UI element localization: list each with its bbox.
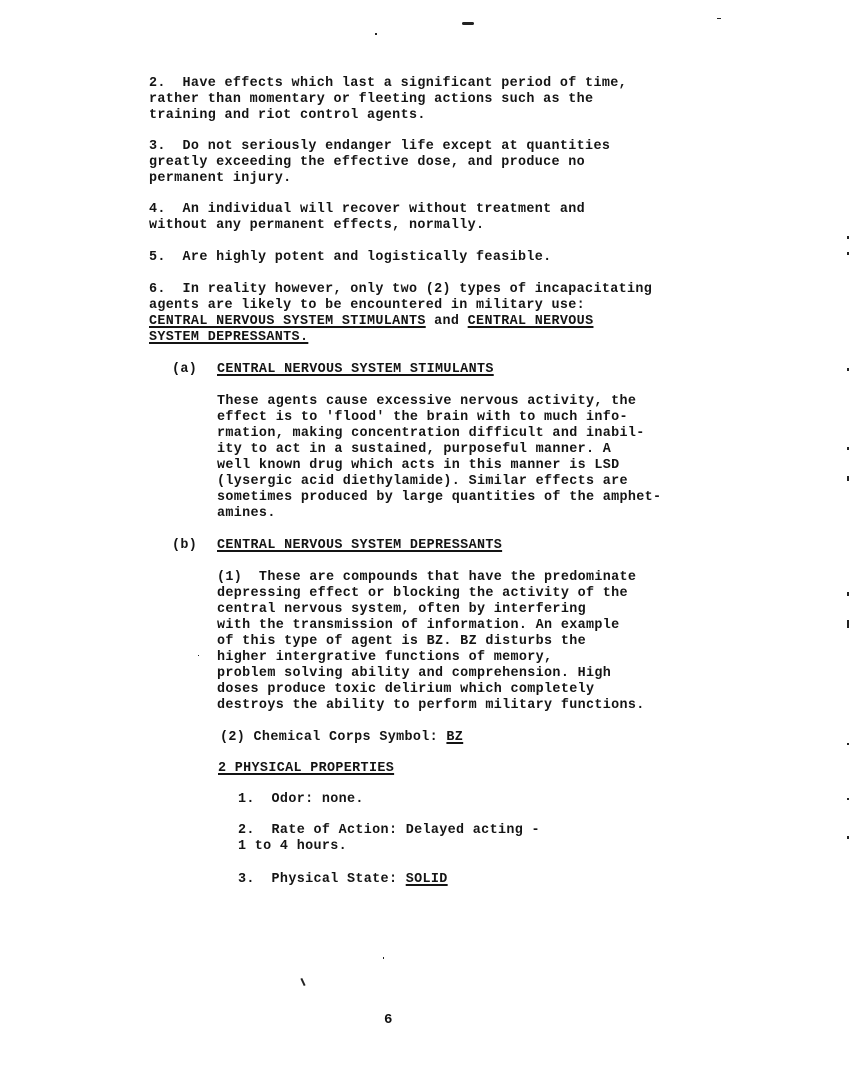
item-3-line-3: permanent injury. bbox=[149, 171, 292, 187]
section-b-line-3: central nervous system, often by interfe… bbox=[217, 602, 586, 618]
physical-state-value: SOLID bbox=[406, 872, 448, 887]
section-b-line-7: problem solving ability and comprehensio… bbox=[217, 666, 611, 682]
item-5-line-1: 5. Are highly potent and logistically fe… bbox=[149, 250, 552, 266]
item-2-line-2: rather than momentary or fleeting action… bbox=[149, 92, 593, 108]
section-b-heading: CENTRAL NERVOUS SYSTEM DEPRESSANTS bbox=[217, 538, 502, 554]
item-6-line-2: agents are likely to be encountered in m… bbox=[149, 298, 585, 314]
symbol-value: BZ bbox=[446, 730, 463, 745]
symbol-label: (2) Chemical Corps Symbol: bbox=[220, 730, 446, 745]
scan-artifact bbox=[847, 592, 849, 596]
section-b-line-1: (1) These are compounds that have the pr… bbox=[217, 570, 636, 586]
scan-artifact bbox=[847, 252, 849, 255]
scan-artifact bbox=[383, 957, 384, 959]
section-b-line-8: doses produce toxic delirium which compl… bbox=[217, 682, 594, 698]
section-a-line-3: rmation, making concentration difficult … bbox=[217, 426, 645, 442]
scan-artifact bbox=[847, 368, 849, 371]
section-a-line-6: (lysergic acid diethylamide). Similar ef… bbox=[217, 474, 628, 490]
property-rate-of-action-line-2: 1 to 4 hours. bbox=[238, 839, 347, 855]
item-2-line-1: 2. Have effects which last a significant… bbox=[149, 76, 627, 92]
scan-artifact bbox=[847, 798, 849, 800]
property-rate-of-action-line-1: 2. Rate of Action: Delayed acting - bbox=[238, 823, 540, 839]
property-physical-state: 3. Physical State: SOLID bbox=[238, 872, 448, 888]
depressants-term-part-2: SYSTEM DEPRESSANTS. bbox=[149, 330, 308, 346]
scan-artifact bbox=[847, 447, 849, 450]
scan-artifact bbox=[847, 620, 849, 628]
section-b-line-6: higher intergrative functions of memory, bbox=[217, 650, 552, 666]
scan-artifact bbox=[847, 236, 849, 239]
section-b-line-5: of this type of agent is BZ. BZ disturbs… bbox=[217, 634, 586, 650]
section-b-line-2: depressing effect or blocking the activi… bbox=[217, 586, 628, 602]
item-2-line-3: training and riot control agents. bbox=[149, 108, 426, 124]
document-page: 2. Have effects which last a significant… bbox=[0, 0, 850, 1078]
item-6-line-3: CENTRAL NERVOUS SYSTEM STIMULANTS and CE… bbox=[149, 314, 593, 330]
scan-artifact bbox=[717, 18, 721, 19]
item-3-line-1: 3. Do not seriously endanger life except… bbox=[149, 139, 610, 155]
section-a-label: (a) bbox=[172, 362, 197, 378]
section-a-heading: CENTRAL NERVOUS SYSTEM STIMULANTS bbox=[217, 362, 494, 378]
item-6-line-1: 6. In reality however, only two (2) type… bbox=[149, 282, 652, 298]
scan-artifact bbox=[847, 743, 849, 745]
item-4-line-2: without any permanent effects, normally. bbox=[149, 218, 484, 234]
physical-properties-heading: 2 PHYSICAL PROPERTIES bbox=[218, 761, 394, 777]
item-3-line-2: greatly exceeding the effective dose, an… bbox=[149, 155, 585, 171]
scan-artifact bbox=[462, 22, 474, 25]
physical-state-label: 3. Physical State: bbox=[238, 872, 406, 887]
section-a-line-7: sometimes produced by large quantities o… bbox=[217, 490, 661, 506]
item-4-line-1: 4. An individual will recover without tr… bbox=[149, 202, 585, 218]
stimulants-term: CENTRAL NERVOUS SYSTEM STIMULANTS bbox=[149, 314, 426, 329]
scan-artifact bbox=[375, 33, 377, 35]
scan-artifact bbox=[300, 978, 305, 986]
section-b-label: (b) bbox=[172, 538, 197, 554]
scan-artifact bbox=[847, 836, 849, 839]
section-b-line-4: with the transmission of information. An… bbox=[217, 618, 620, 634]
scan-artifact bbox=[847, 476, 849, 481]
section-b-line-9: destroys the ability to perform military… bbox=[217, 698, 645, 714]
section-a-line-8: amines. bbox=[217, 506, 276, 522]
scan-artifact bbox=[198, 655, 199, 656]
property-odor: 1. Odor: none. bbox=[238, 792, 364, 808]
section-a-line-5: well known drug which acts in this manne… bbox=[217, 458, 620, 474]
chemical-corps-symbol: (2) Chemical Corps Symbol: BZ bbox=[220, 730, 463, 746]
page-number: 6 bbox=[384, 1012, 392, 1028]
conjunction: and bbox=[426, 314, 468, 329]
section-a-line-2: effect is to 'flood' the brain with to m… bbox=[217, 410, 628, 426]
section-a-line-1: These agents cause excessive nervous act… bbox=[217, 394, 636, 410]
section-a-line-4: ity to act in a sustained, purposeful ma… bbox=[217, 442, 611, 458]
depressants-term-part-1: CENTRAL NERVOUS bbox=[468, 314, 594, 329]
